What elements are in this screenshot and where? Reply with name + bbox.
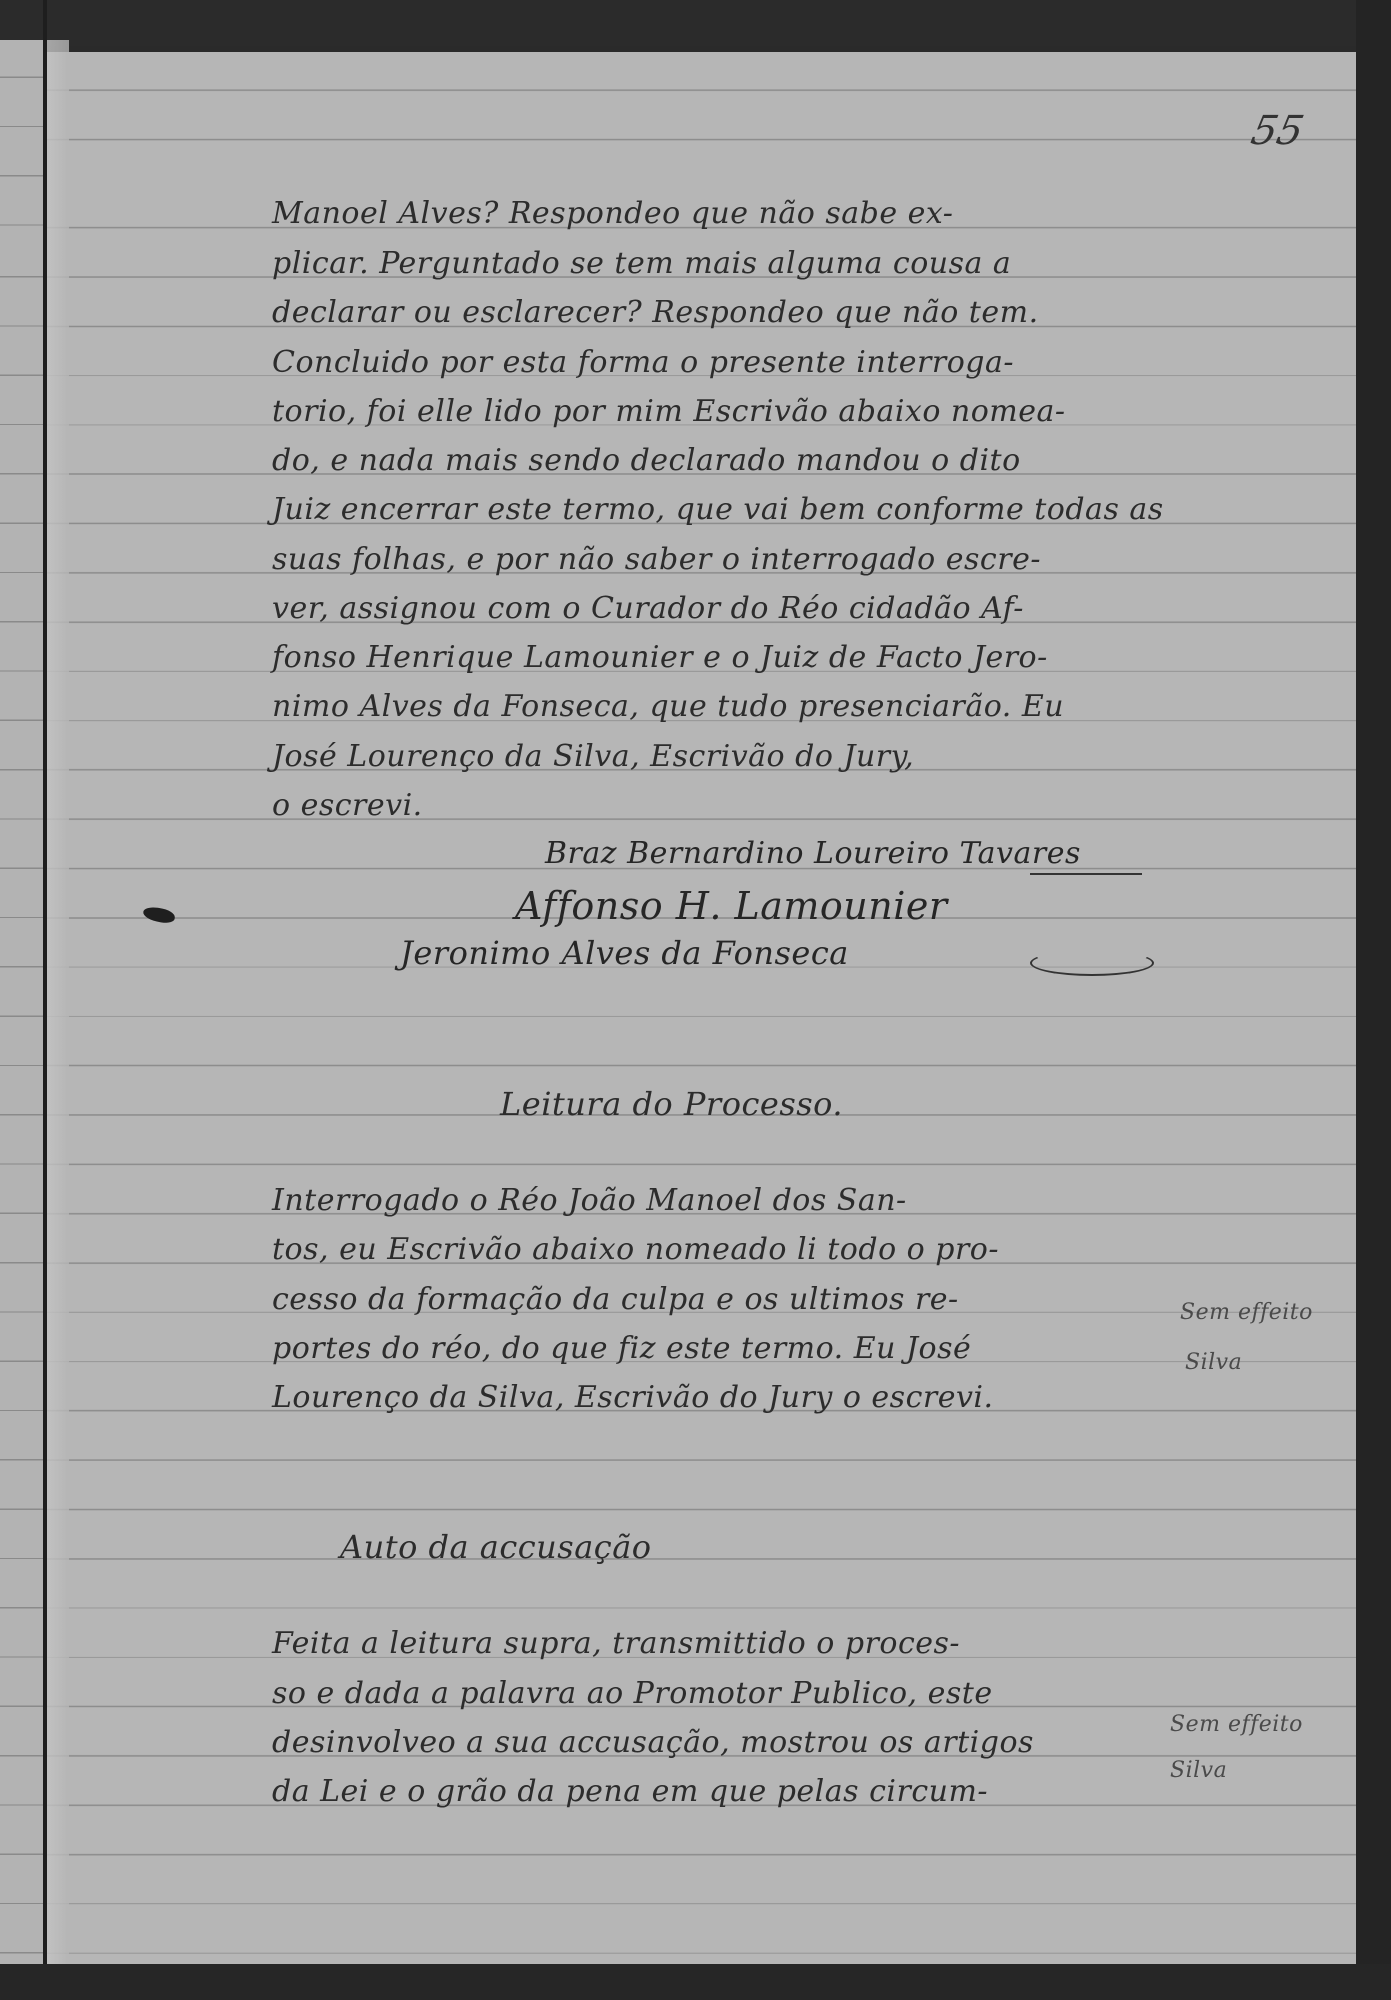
text-line: fonso Henrique Lamounier e o Juiz de Fac… — [272, 640, 1048, 675]
text-line: tos, eu Escrivão abaixo nomeado li todo … — [272, 1232, 999, 1267]
margin-note: Silva — [1170, 1758, 1227, 1783]
scanned-ledger-page: 55 Manoel Alves? Respondeo que não sabe … — [0, 0, 1391, 2000]
margin-note: Silva — [1185, 1350, 1242, 1375]
text-line: declarar ou esclarecer? Respondeo que nã… — [272, 295, 1039, 330]
signature-affonso-lamounier: Affonso H. Lamounier — [515, 884, 948, 928]
signature-jeronimo-fonseca: Jeronimo Alves da Fonseca — [400, 934, 849, 972]
section-heading-accusation: Auto da accusação — [340, 1528, 652, 1566]
text-line: torio, foi elle lido por mim Escrivão ab… — [272, 394, 1066, 429]
text-line: Concluido por esta forma o presente inte… — [272, 345, 1014, 380]
scan-border-right — [1356, 0, 1391, 2000]
text-line: so e dada a palavra ao Promotor Publico,… — [272, 1676, 993, 1711]
signature-flourish — [1030, 950, 1154, 976]
text-line: desinvolveo a sua accusação, mostrou os … — [272, 1725, 1034, 1760]
section-heading-reading: Leitura do Processo. — [500, 1085, 843, 1123]
text-line: Interrogado o Réo João Manoel dos San- — [272, 1183, 907, 1218]
page-number: 55 — [1247, 108, 1308, 154]
text-line: Manoel Alves? Respondeo que não sabe ex- — [272, 196, 953, 231]
gutter-shadow — [47, 40, 69, 1965]
text-line: do, e nada mais sendo declarado mandou o… — [272, 443, 1021, 478]
text-line: suas folhas, e por não saber o interroga… — [272, 542, 1041, 577]
facing-page-edge — [0, 40, 44, 1965]
text-line: da Lei e o grão da pena em que pelas cir… — [272, 1774, 988, 1809]
text-line: plicar. Perguntado se tem mais alguma co… — [272, 246, 1011, 281]
text-line: nimo Alves da Fonseca, que tudo presenci… — [272, 689, 1064, 724]
text-line: portes do réo, do que fiz este termo. Eu… — [272, 1331, 971, 1366]
text-line: Juiz encerrar este termo, que vai bem co… — [272, 492, 1164, 527]
text-line: cesso da formação da culpa e os ultimos … — [272, 1282, 959, 1317]
margin-note: Sem effeito — [1170, 1712, 1303, 1737]
text-line: José Lourenço da Silva, Escrivão do Jury… — [272, 739, 914, 774]
scan-border-bottom — [0, 1964, 1391, 2000]
text-line: o escrevi. — [272, 788, 423, 823]
margin-note: Sem effeito — [1180, 1300, 1313, 1325]
text-line: ver, assignou com o Curador do Réo cidad… — [272, 591, 1024, 626]
scan-border-top — [0, 0, 1391, 46]
signature-curador: Braz Bernardino Loureiro Tavares — [545, 836, 1081, 871]
signature-underline — [1030, 873, 1142, 875]
text-line: Feita a leitura supra, transmittido o pr… — [272, 1626, 960, 1661]
text-line: Lourenço da Silva, Escrivão do Jury o es… — [272, 1380, 994, 1415]
